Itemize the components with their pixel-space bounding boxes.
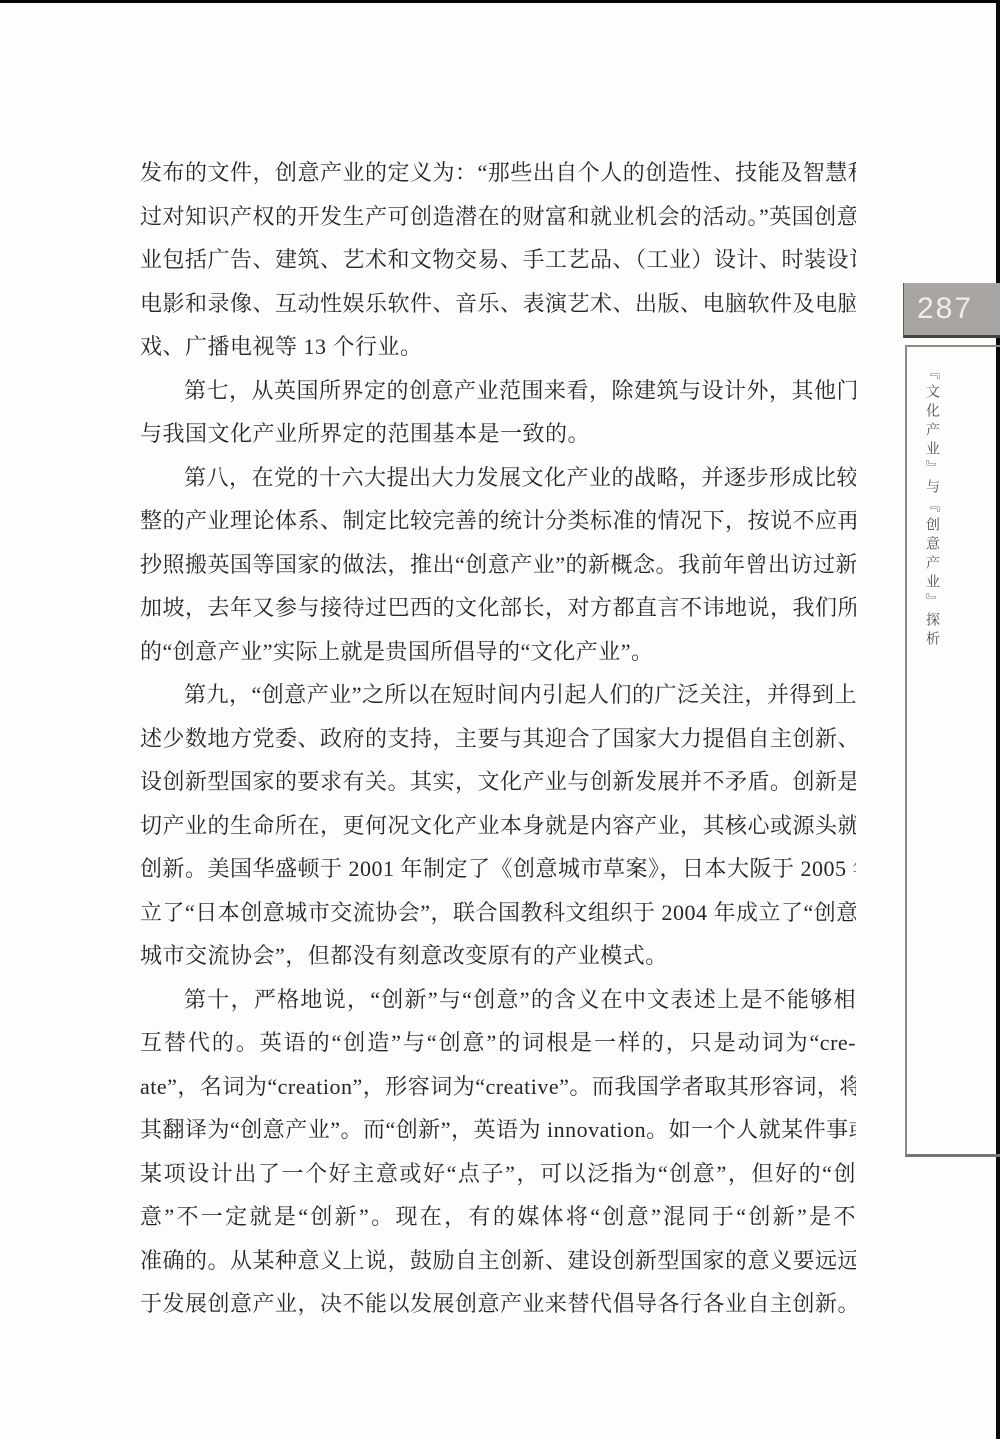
text-line: 整的产业理论体系、制定比较完善的统计分类标准的情况下，按说不应再照 [140, 499, 856, 543]
text-line: 其翻译为“创意产业”。而“创新”，英语为 innovation。如一个人就某件事… [140, 1108, 856, 1152]
paragraph: 第七，从英国所界定的创意产业范围来看，除建筑与设计外，其他门类与我国文化产业所界… [140, 369, 856, 456]
margin-column: 『文化产业』与『创意产业』探析 [905, 345, 1000, 1157]
text-line: 互替代的。英语的“创造”与“创意”的词根是一样的，只是动词为“cre- [140, 1021, 856, 1065]
text-line: 电影和录像、互动性娱乐软件、音乐、表演艺术、出版、电脑软件及电脑游 [140, 282, 856, 326]
paragraph: 第九，“创意产业”之所以在短时间内引起人们的广泛关注，并得到上述少数地方党委、政… [140, 673, 856, 978]
text-line: 某项设计出了一个好主意或好“点子”，可以泛指为“创意”，但好的“创 [140, 1152, 856, 1196]
text-line: 述少数地方党委、政府的支持，主要与其迎合了国家大力提倡自主创新、建 [140, 717, 856, 761]
text-line: 与我国文化产业所界定的范围基本是一致的。 [140, 412, 856, 456]
text-line: 于发展创意产业，决不能以发展创意产业来替代倡导各行各业自主创新。 [140, 1282, 856, 1326]
paragraph: 发布的文件，创意产业的定义为：“那些出自个人的创造性、技能及智慧和通过对知识产权… [140, 151, 856, 369]
book-page: { "sidebar": { "page_number": "287", "la… [0, 0, 1000, 1439]
text-line: 第八，在党的十六大提出大力发展文化产业的战略，并逐步形成比较完 [140, 456, 856, 500]
text-line: 设创新型国家的要求有关。其实，文化产业与创新发展并不矛盾。创新是一 [140, 760, 856, 804]
text-line: 发布的文件，创意产业的定义为：“那些出自个人的创造性、技能及智慧和通 [140, 151, 856, 195]
text-line: ate”，名词为“creation”，形容词为“creative”。而我国学者取… [140, 1065, 856, 1109]
page-number: 287 [904, 283, 1000, 335]
text-line: 第七，从英国所界定的创意产业范围来看，除建筑与设计外，其他门类 [140, 369, 856, 413]
paragraph: 第八，在党的十六大提出大力发展文化产业的战略，并逐步形成比较完整的产业理论体系、… [140, 456, 856, 674]
text-line: 准确的。从某种意义上说，鼓励自主创新、建设创新型国家的意义要远远大 [140, 1239, 856, 1283]
page-number-box: 287 [903, 283, 1000, 338]
text-line: 业包括广告、建筑、艺术和文物交易、手工艺品、（工业）设计、时装设计、 [140, 238, 856, 282]
scan-edge-top [0, 0, 1000, 3]
text-line: 过对知识产权的开发生产可创造潜在的财富和就业机会的活动。”英国创意产 [140, 195, 856, 239]
paragraph: 第十，严格地说，“创新”与“创意”的含义在中文表述上是不能够相互替代的。英语的“… [140, 978, 856, 1326]
text-line: 戏、广播电视等 13 个行业。 [140, 325, 856, 369]
text-line: 第九，“创意产业”之所以在短时间内引起人们的广泛关注，并得到上 [140, 673, 856, 717]
text-line: 第十，严格地说，“创新”与“创意”的含义在中文表述上是不能够相 [140, 978, 856, 1022]
text-line: 的“创意产业”实际上就是贵国所倡导的“文化产业”。 [140, 630, 856, 674]
chapter-title-vertical: 『文化产业』与『创意产业』探析 [921, 365, 941, 650]
text-line: 意”不一定就是“创新”。现在，有的媒体将“创意”混同于“创新”是不 [140, 1195, 856, 1239]
text-line: 创新。美国华盛顿于 2001 年制定了《创意城市草案》，日本大阪于 2005 年… [140, 847, 856, 891]
text-line: 抄照搬英国等国家的做法，推出“创意产业”的新概念。我前年曾出访过新 [140, 543, 856, 587]
text-line: 加坡，去年又参与接待过巴西的文化部长，对方都直言不讳地说，我们所讲 [140, 586, 856, 630]
text-line: 切产业的生命所在，更何况文化产业本身就是内容产业，其核心或源头就是 [140, 804, 856, 848]
text-line: 立了“日本创意城市交流协会”，联合国教科文组织于 2004 年成立了“创意 [140, 891, 856, 935]
text-block: 发布的文件，创意产业的定义为：“那些出自个人的创造性、技能及智慧和通过对知识产权… [140, 151, 856, 1326]
text-line: 城市交流协会”，但都没有刻意改变原有的产业模式。 [140, 934, 856, 978]
